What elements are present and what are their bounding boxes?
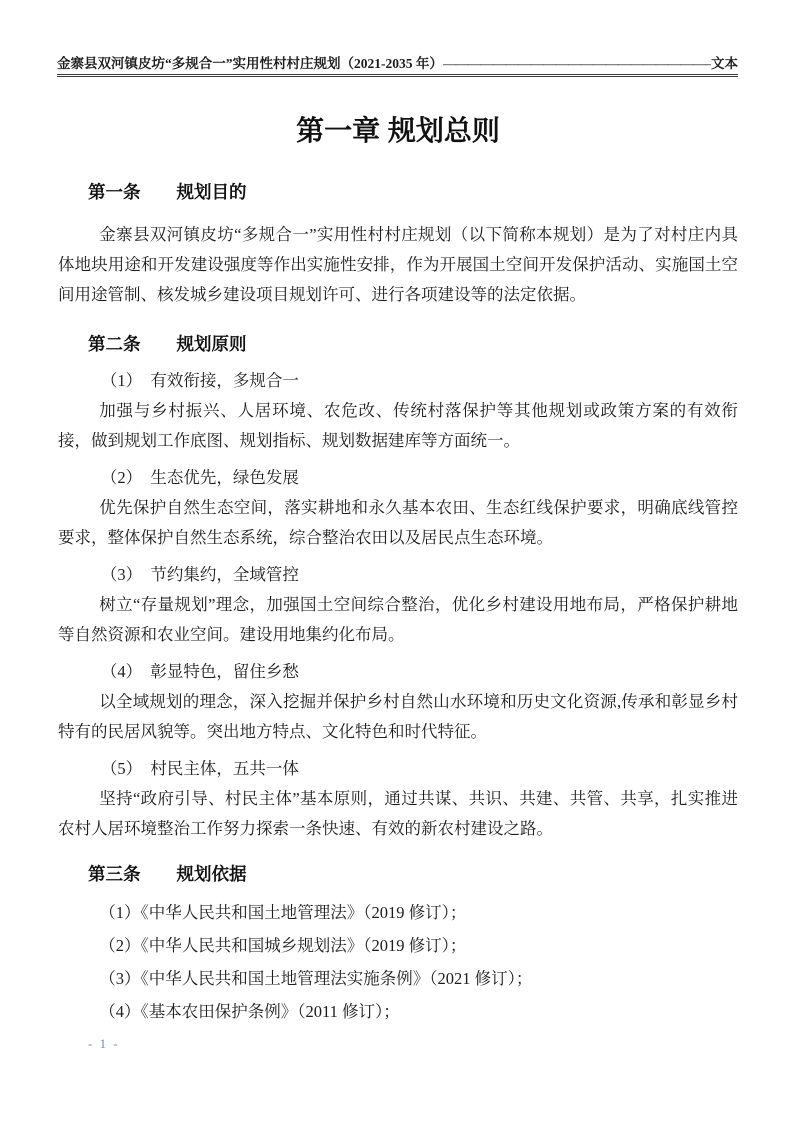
section-number: 第三条 bbox=[88, 864, 141, 884]
principle-4-text: 以全域规划的理念，深入挖掘并保护乡村自然山水环境和历史文化资源,传承和彰显乡村特… bbox=[58, 687, 738, 747]
document-page: 金寨县双河镇皮坊“多规合一”实用性村村庄规划（2021-2035 年） ————… bbox=[0, 0, 793, 1122]
chapter-title: 第一章 规划总则 bbox=[58, 114, 738, 148]
header-dash-fill: ———————————————————————————————————— bbox=[443, 56, 711, 72]
reference-list: （1）《中华人民共和国土地管理法》（2019 修订）； （2）《中华人民共和国城… bbox=[58, 896, 738, 1028]
section-title: 规划目的 bbox=[177, 182, 247, 202]
reference-item-2: （2）《中华人民共和国城乡规划法》（2019 修订）； bbox=[58, 929, 738, 962]
principle-1-subtitle: （1） 有效衔接，多规合一 bbox=[58, 366, 738, 396]
page-header: 金寨县双河镇皮坊“多规合一”实用性村村庄规划（2021-2035 年） ————… bbox=[57, 52, 738, 77]
principle-3-subtitle: （3） 节约集约，全域管控 bbox=[58, 560, 738, 590]
principle-4-subtitle: （4） 彰显特色，留住乡愁 bbox=[58, 657, 738, 687]
reference-item-3: （3）《中华人民共和国土地管理法实施条例》（2021 修订）； bbox=[58, 962, 738, 995]
principle-1-text: 加强与乡村振兴、人居环境、农危改、传统村落保护等其他规划或政策方案的有效衔接，做… bbox=[58, 396, 738, 456]
header-title: 金寨县双河镇皮坊“多规合一”实用性村村庄规划（2021-2035 年） bbox=[57, 52, 443, 72]
principle-2-text: 优先保护自然生态空间，落实耕地和永久基本农田、生态红线保护要求，明确底线管控要求… bbox=[58, 493, 738, 553]
principle-5-subtitle: （5） 村民主体，五共一体 bbox=[58, 754, 738, 784]
reference-item-1: （1）《中华人民共和国土地管理法》（2019 修订）； bbox=[58, 896, 738, 929]
section-heading-3: 第三条规划依据 bbox=[58, 862, 738, 886]
section-heading-1: 第一条规划目的 bbox=[58, 180, 738, 204]
principle-2-subtitle: （2） 生态优先，绿色发展 bbox=[58, 463, 738, 493]
section-1-paragraph: 金寨县双河镇皮坊“多规合一”实用性村村庄规划（以下简称本规划）是为了对村庄内具体… bbox=[58, 220, 738, 310]
document-body: 第一章 规划总则 第一条规划目的 金寨县双河镇皮坊“多规合一”实用性村村庄规划（… bbox=[58, 100, 738, 1028]
section-heading-2: 第二条规划原则 bbox=[58, 332, 738, 356]
section-title: 规划原则 bbox=[177, 334, 247, 354]
reference-item-4: （4）《基本农田保护条例》（2011 修订）； bbox=[58, 995, 738, 1028]
section-number: 第一条 bbox=[88, 182, 141, 202]
header-doc-type-label: 文本 bbox=[711, 52, 738, 72]
section-title: 规划依据 bbox=[177, 864, 247, 884]
principle-3-text: 树立“存量规划”理念，加强国土空间综合整治，优化乡村建设用地布局，严格保护耕地等… bbox=[58, 590, 738, 650]
page-number: - 1 - bbox=[88, 1036, 120, 1052]
principle-5-text: 坚持“政府引导、村民主体”基本原则，通过共谋、共识、共建、共管、共享，扎实推进农… bbox=[58, 784, 738, 844]
section-number: 第二条 bbox=[88, 334, 141, 354]
